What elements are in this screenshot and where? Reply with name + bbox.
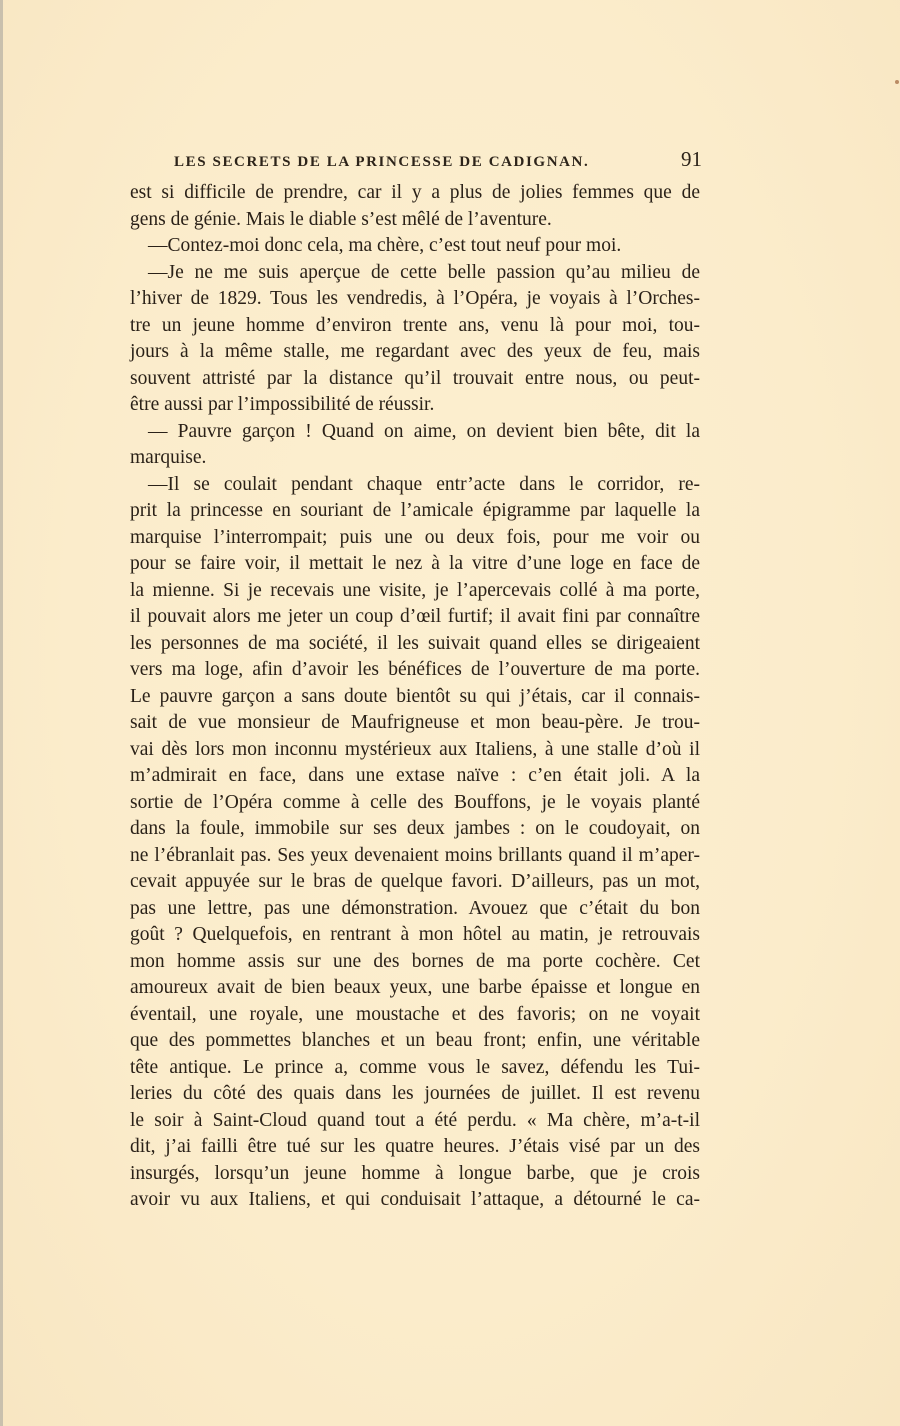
text-line: dans la foule, immobile sur ses deux jam… [130, 816, 700, 843]
paper-speck [895, 80, 899, 84]
text-line: goût ? Quelquefois, en rentrant à mon hô… [130, 922, 700, 949]
text-line: les personnes de ma société, il les suiv… [130, 631, 700, 658]
text-line: pour se faire voir, il mettait le nez à … [130, 551, 700, 578]
text-line: cevait appuyée sur le bras de quelque fa… [130, 869, 700, 896]
text-line: sait de vue monsieur de Maufrigneuse et … [130, 710, 700, 737]
text-line: que des pommettes blanches et un beau fr… [130, 1028, 700, 1055]
text-line: Le pauvre garçon a sans doute bientôt su… [130, 684, 700, 711]
text-line: ne l’ébranlait pas. Ses yeux devenaient … [130, 843, 700, 870]
text-line: insurgés, lorsqu’un jeune homme à longue… [130, 1161, 700, 1188]
text-line: mon homme assis sur une des bornes de ma… [130, 949, 700, 976]
text-line: jours à la même stalle, me regardant ave… [130, 339, 700, 366]
body-text: est si difficile de prendre, car il y a … [130, 180, 700, 1214]
text-line: il pouvait alors me jeter un coup d’œil … [130, 604, 700, 631]
text-line: souvent attristé par la distance qu’il t… [130, 366, 700, 393]
book-page: Les secrets de la princesse de Cadignan.… [0, 0, 900, 1426]
text-line: tre un jeune homme d’environ trente ans,… [130, 313, 700, 340]
text-line: avoir vu aux Italiens, et qui conduisait… [130, 1187, 700, 1214]
text-line: vers ma loge, afin d’avoir les bénéfices… [130, 657, 700, 684]
text-line: éventail, une royale, une moustache et d… [130, 1002, 700, 1029]
text-line: amoureux avait de bien beaux yeux, une b… [130, 975, 700, 1002]
text-line: est si difficile de prendre, car il y a … [130, 180, 700, 207]
text-line: la mienne. Si je recevais une visite, je… [130, 578, 700, 605]
text-line: sortie de l’Opéra comme à celle des Bouf… [130, 790, 700, 817]
page-edge [0, 0, 3, 1426]
text-line: gens de génie. Mais le diable s’est mêlé… [130, 207, 700, 234]
text-line: m’admirait en face, dans une extase naïv… [130, 763, 700, 790]
text-line: —Contez-moi donc cela, ma chère, c’est t… [130, 233, 700, 260]
text-line: pas une lettre, pas une démonstration. A… [130, 896, 700, 923]
text-line: marquise. [130, 445, 700, 472]
text-line: vai dès lors mon inconnu mystérieux aux … [130, 737, 700, 764]
text-line: être aussi par l’impossibilité de réussi… [130, 392, 700, 419]
text-line: leries du côté des quais dans les journé… [130, 1081, 700, 1108]
text-line: marquise l’interrompait; puis une ou deu… [130, 525, 700, 552]
text-line: —Il se coulait pendant chaque entr’acte … [130, 472, 700, 499]
text-line: dit, j’ai failli être tué sur les quatre… [130, 1134, 700, 1161]
text-line: — Pauvre garçon ! Quand on aime, on devi… [130, 419, 700, 446]
page-number: 91 [681, 147, 702, 172]
running-header: Les secrets de la princesse de Cadignan.… [174, 147, 702, 173]
text-line: l’hiver de 1829. Tous les vendredis, à l… [130, 286, 700, 313]
running-title: Les secrets de la princesse de Cadignan. [174, 154, 589, 171]
text-line: —Je ne me suis aperçue de cette belle pa… [130, 260, 700, 287]
text-line: prit la princesse en souriant de l’amica… [130, 498, 700, 525]
text-line: tête antique. Le prince a, comme vous le… [130, 1055, 700, 1082]
text-line: le soir à Saint-Cloud quand tout a été p… [130, 1108, 700, 1135]
